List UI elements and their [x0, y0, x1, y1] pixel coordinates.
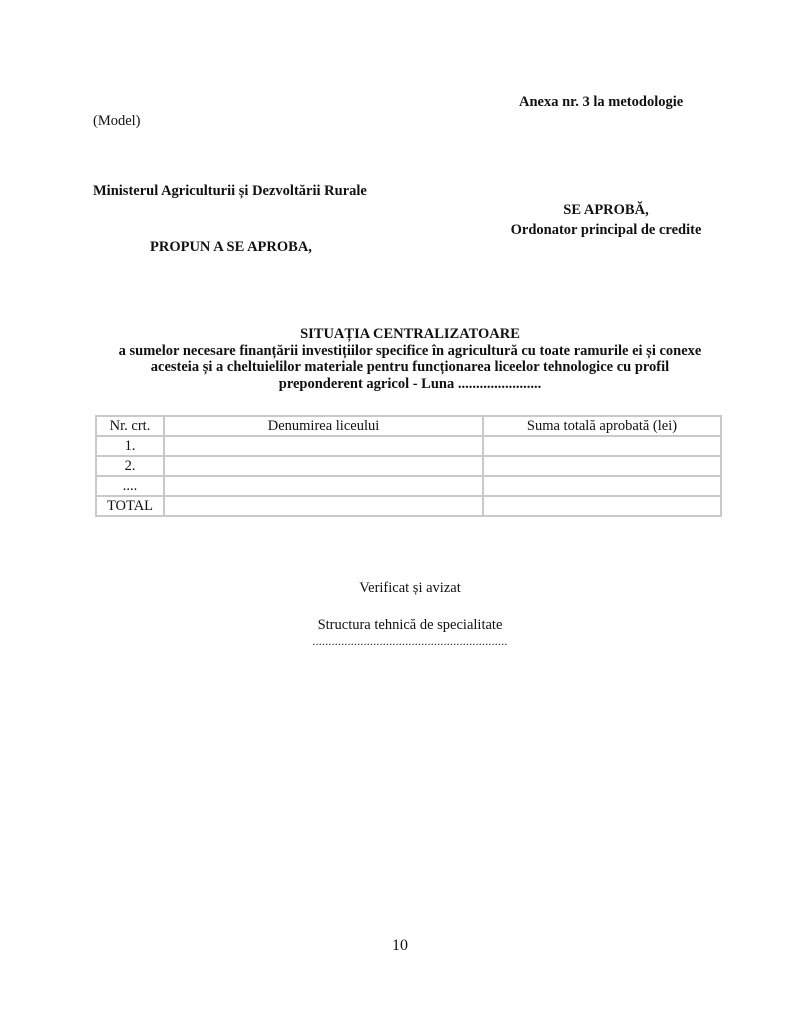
- header-school-name: Denumirea liceului: [164, 416, 483, 436]
- signature-line: ........................................…: [280, 634, 540, 649]
- title-main: SITUAȚIA CENTRALIZATOARE: [60, 326, 760, 343]
- technical-structure-label: Structura tehnică de specialitate: [280, 617, 540, 634]
- cell-amount: [483, 436, 721, 456]
- approver-role: Ordonator principal de credite: [480, 220, 732, 240]
- ministry-name: Ministerul Agriculturii și Dezvoltării R…: [93, 183, 367, 200]
- annex-label: Anexa nr. 3 la metodologie: [519, 94, 683, 111]
- total-label: TOTAL: [96, 496, 164, 516]
- model-label: (Model): [93, 113, 141, 130]
- approval-block: SE APROBĂ, Ordonator principal de credit…: [480, 200, 732, 240]
- table-row: 1.: [96, 436, 721, 456]
- cell-school-name: [164, 436, 483, 456]
- cell-nr: 2.: [96, 456, 164, 476]
- document-title: SITUAȚIA CENTRALIZATOARE a sumelor neces…: [60, 326, 760, 392]
- total-school-cell: [164, 496, 483, 516]
- propose-label: PROPUN A SE APROBA,: [150, 239, 312, 256]
- approved-label: SE APROBĂ,: [480, 200, 732, 220]
- table-row: 2.: [96, 456, 721, 476]
- cell-nr: ....: [96, 476, 164, 496]
- summary-table: Nr. crt. Denumirea liceului Suma totală …: [95, 415, 722, 517]
- verified-label: Verificat și avizat: [280, 580, 540, 597]
- table-header-row: Nr. crt. Denumirea liceului Suma totală …: [96, 416, 721, 436]
- cell-amount: [483, 476, 721, 496]
- cell-amount: [483, 456, 721, 476]
- cell-school-name: [164, 456, 483, 476]
- page-number: 10: [380, 937, 420, 955]
- header-total-amount: Suma totală aprobată (lei): [483, 416, 721, 436]
- total-amount-cell: [483, 496, 721, 516]
- table-row: ....: [96, 476, 721, 496]
- table-total-row: TOTAL: [96, 496, 721, 516]
- title-line-3: preponderent agricol - Luna ............…: [60, 376, 760, 393]
- title-line-1: a sumelor necesare finanțării investiții…: [60, 343, 760, 360]
- cell-nr: 1.: [96, 436, 164, 456]
- header-nr: Nr. crt.: [96, 416, 164, 436]
- cell-school-name: [164, 476, 483, 496]
- title-line-2: acesteia și a cheltuielilor materiale pe…: [60, 359, 760, 376]
